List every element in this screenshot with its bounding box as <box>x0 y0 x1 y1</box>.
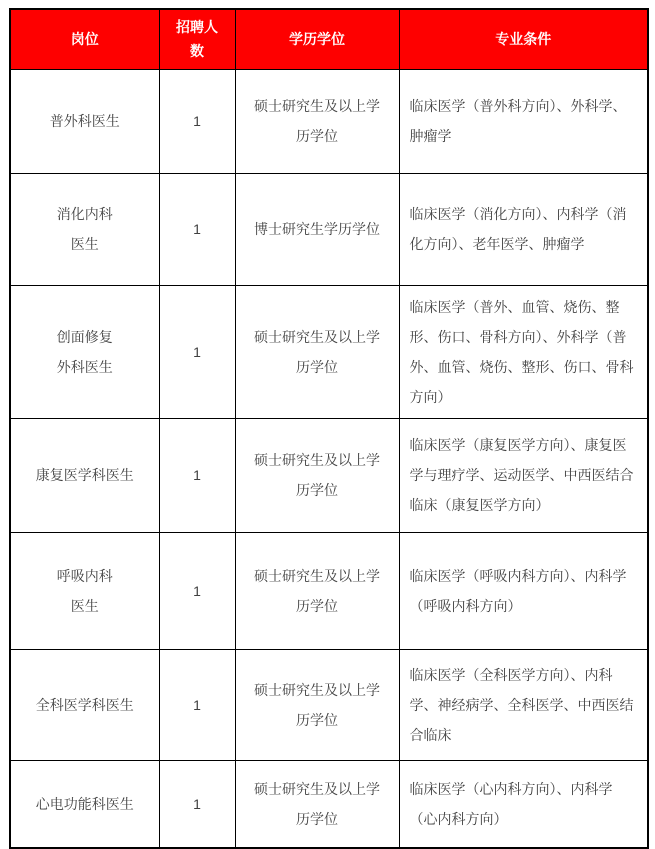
count-cell: 1 <box>159 649 235 760</box>
table-row: 心电功能科医生 1 硕士研究生及以上学 历学位 临床医学（心内科方向）、内科学（… <box>10 760 648 848</box>
majors-cell: 临床医学（呼吸内科方向）、内科学（呼吸内科方向） <box>399 532 648 649</box>
majors-cell: 临床医学（消化方向）、内科学（消化方向）、老年医学、肿瘤学 <box>399 173 648 285</box>
col-header-position: 岗位 <box>10 9 159 69</box>
recruitment-table: 岗位 招聘人 数 学历学位 专业条件 普外科医生 1 硕士研究生及以上学 历学位… <box>9 8 649 849</box>
table-row: 呼吸内科 医生 1 硕士研究生及以上学 历学位 临床医学（呼吸内科方向）、内科学… <box>10 532 648 649</box>
count-cell: 1 <box>159 760 235 848</box>
count-cell: 1 <box>159 285 235 418</box>
page: 岗位 招聘人 数 学历学位 专业条件 普外科医生 1 硕士研究生及以上学 历学位… <box>0 0 655 844</box>
degree-cell: 硕士研究生及以上学 历学位 <box>235 532 399 649</box>
table-row: 康复医学科医生 1 硕士研究生及以上学 历学位 临床医学（康复医学方向）、康复医… <box>10 418 648 532</box>
header-row: 岗位 招聘人 数 学历学位 专业条件 <box>10 9 648 69</box>
majors-cell: 临床医学（心内科方向）、内科学（心内科方向） <box>399 760 648 848</box>
position-cell: 康复医学科医生 <box>10 418 159 532</box>
count-cell: 1 <box>159 69 235 173</box>
majors-cell: 临床医学（普外科方向）、外科学、肿瘤学 <box>399 69 648 173</box>
majors-cell: 临床医学（康复医学方向）、康复医学与理疗学、运动医学、中西医结合临床（康复医学方… <box>399 418 648 532</box>
position-cell: 心电功能科医生 <box>10 760 159 848</box>
count-cell: 1 <box>159 173 235 285</box>
col-header-majors: 专业条件 <box>399 9 648 69</box>
table-row: 创面修复 外科医生 1 硕士研究生及以上学 历学位 临床医学（普外、血管、烧伤、… <box>10 285 648 418</box>
position-cell: 呼吸内科 医生 <box>10 532 159 649</box>
col-header-count: 招聘人 数 <box>159 9 235 69</box>
majors-cell: 临床医学（普外、血管、烧伤、整形、伤口、骨科方向）、外科学（普外、血管、烧伤、整… <box>399 285 648 418</box>
position-cell: 创面修复 外科医生 <box>10 285 159 418</box>
degree-cell: 硕士研究生及以上学 历学位 <box>235 649 399 760</box>
table-row: 普外科医生 1 硕士研究生及以上学 历学位 临床医学（普外科方向）、外科学、肿瘤… <box>10 69 648 173</box>
position-cell: 普外科医生 <box>10 69 159 173</box>
col-header-degree: 学历学位 <box>235 9 399 69</box>
degree-cell: 硕士研究生及以上学 历学位 <box>235 418 399 532</box>
count-cell: 1 <box>159 532 235 649</box>
majors-cell: 临床医学（全科医学方向）、内科学、神经病学、全科医学、中西医结合临床 <box>399 649 648 760</box>
table-row: 消化内科 医生 1 博士研究生学历学位 临床医学（消化方向）、内科学（消化方向）… <box>10 173 648 285</box>
degree-cell: 硕士研究生及以上学 历学位 <box>235 285 399 418</box>
degree-cell: 博士研究生学历学位 <box>235 173 399 285</box>
position-cell: 消化内科 医生 <box>10 173 159 285</box>
degree-cell: 硕士研究生及以上学 历学位 <box>235 69 399 173</box>
position-cell: 全科医学科医生 <box>10 649 159 760</box>
count-cell: 1 <box>159 418 235 532</box>
table-row: 全科医学科医生 1 硕士研究生及以上学 历学位 临床医学（全科医学方向）、内科学… <box>10 649 648 760</box>
degree-cell: 硕士研究生及以上学 历学位 <box>235 760 399 848</box>
